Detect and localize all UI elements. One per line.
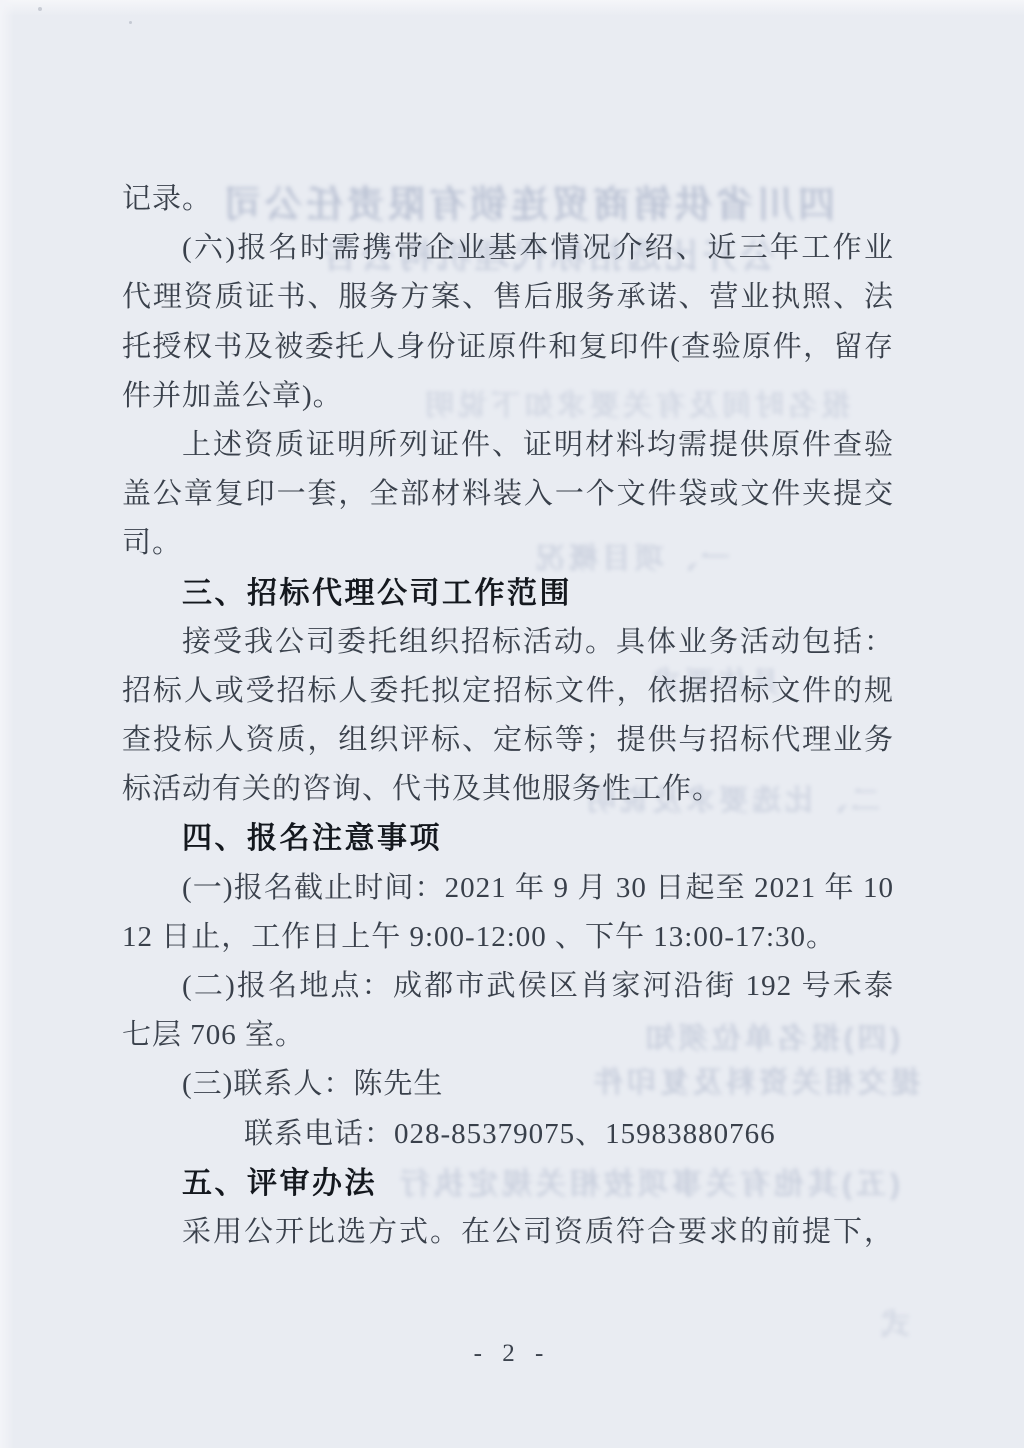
- text-line: 上述资质证明所列证件、证明材料均需提供原件查验后加: [122, 421, 894, 470]
- scan-edge-top: [0, 0, 1024, 16]
- text-line: 联系电话：028-85379075、15983880766: [122, 1110, 894, 1159]
- text-line: 件并加盖公章)。: [122, 372, 894, 421]
- scan-edge-left: [0, 0, 14, 1448]
- text-line: 标活动有关的咨询、代书及其他服务性工作。: [122, 765, 894, 814]
- text-line: (六)报名时需携带企业基本情况介绍、近三年工作业绩、: [122, 224, 894, 273]
- text-line: 招标人或受招标人委托拟定招标文件，依据招标文件的规定审: [122, 667, 894, 716]
- section-heading: 五、评审办法: [122, 1159, 894, 1208]
- scanned-page: 四川省供销商贸连锁有限责任公司 公开比选招标代理机构公告 报名时间及有关要求如下…: [0, 0, 1024, 1448]
- scan-speckle: [38, 7, 42, 11]
- bleedthrough-ghost-line: 式: [820, 1302, 910, 1343]
- section-heading: 四、报名注意事项: [122, 814, 894, 863]
- text-line: 采用公开比选方式。在公司资质符合要求的前提下，采取: [122, 1208, 894, 1257]
- section-heading: 三、招标代理公司工作范围: [122, 569, 894, 618]
- text-line: 盖公章复印一套，全部材料装入一个文件袋或文件夹提交我公: [122, 470, 894, 519]
- text-line: 代理资质证书、服务方案、售后服务承诺、营业执照、法人委: [122, 273, 894, 322]
- text-line: 接受我公司委托组织招标活动。具体业务活动包括：帮助: [122, 618, 894, 667]
- scan-speckle: [129, 21, 132, 24]
- text-line: 记录。: [122, 175, 894, 224]
- text-line: 查投标人资质，组织评标、定标等；提供与招标代理业务及招: [122, 716, 894, 765]
- text-line: 托授权书及被委托人身份证原件和复印件(查验原件，留存复印: [122, 323, 894, 372]
- text-line: (三)联系人：陈先生: [122, 1060, 894, 1109]
- text-line: (一)报名截止时间：2021 年 9 月 30 日起至 2021 年 10 月: [122, 864, 894, 913]
- page-number: - 2 -: [0, 1340, 1024, 1368]
- text-line: 司。: [122, 519, 894, 568]
- document-body: 记录。(六)报名时需携带企业基本情况介绍、近三年工作业绩、代理资质证书、服务方案…: [122, 175, 894, 1257]
- text-line: 12 日止，工作日上午 9:00-12:00 、下午 13:00-17:30。: [122, 913, 894, 962]
- text-line: (二)报名地点：成都市武侯区肖家河沿街 192 号禾泰大厦: [122, 962, 894, 1011]
- text-line: 七层 706 室。: [122, 1011, 894, 1060]
